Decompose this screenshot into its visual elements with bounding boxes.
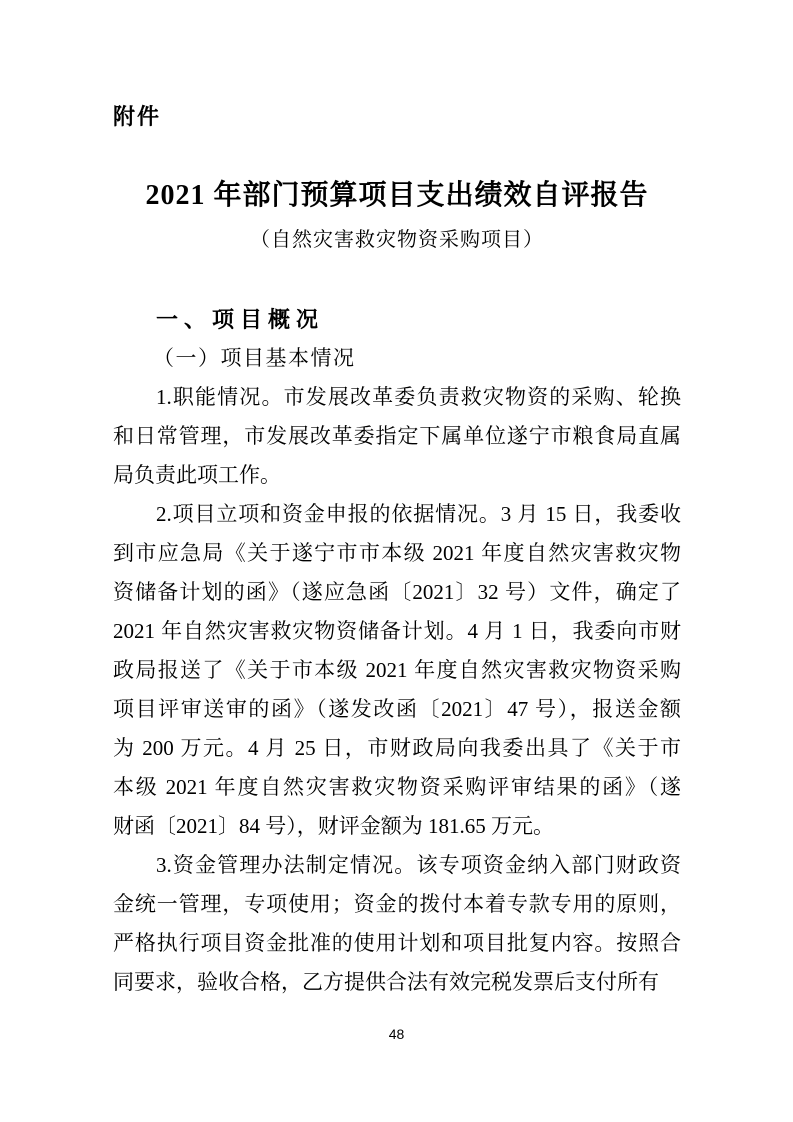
attachment-label: 附件: [113, 103, 681, 131]
page-number: 48: [0, 1026, 793, 1042]
paragraph-line: 同要求，验收合格，乙方提供合法有效完税发票后支付所有: [113, 963, 681, 1002]
section-heading-project-overview: 一、项目概况: [113, 300, 681, 339]
paragraph-line: 3.资金管理办法制定情况。该专项资金纳入部门财政资: [113, 846, 681, 885]
paragraph-line: 严格执行项目资金批准的使用计划和项目批复内容。按照合: [113, 924, 681, 963]
paragraph-line: 和日常管理，市发展改革委指定下属单位遂宁市粮食局直属: [113, 417, 681, 456]
paragraph-line: 本级 2021 年度自然灾害救灾物资采购评审结果的函》（遂: [113, 768, 681, 807]
document-body: 一、项目概况（一）项目基本情况1.职能情况。市发展改革委负责救灾物资的采购、轮换…: [113, 300, 681, 1002]
paragraph-functions: 1.职能情况。市发展改革委负责救灾物资的采购、轮换和日常管理，市发展改革委指定下…: [113, 378, 681, 495]
paragraph-line: 金统一管理，专项使用；资金的拨付本着专款专用的原则，: [113, 885, 681, 924]
paragraph-line: 到市应急局《关于遂宁市市本级 2021 年度自然灾害救灾物: [113, 534, 681, 573]
paragraph-line: 财函〔2021〕84 号），财评金额为 181.65 万元。: [113, 807, 681, 846]
paragraph-line: 局负责此项工作。: [113, 456, 681, 495]
paragraph-line: 2021 年自然灾害救灾物资储备计划。4 月 1 日，我委向市财: [113, 612, 681, 651]
paragraph-line: 项目评审送审的函》（遂发改函〔2021〕47 号），报送金额: [113, 690, 681, 729]
document-page: 附件 2021 年部门预算项目支出绩效自评报告 （自然灾害救灾物资采购项目） 一…: [0, 0, 793, 1122]
paragraph-fund-management-measures: 3.资金管理办法制定情况。该专项资金纳入部门财政资金统一管理，专项使用；资金的拨…: [113, 846, 681, 1002]
subsection-heading-project-basic-info: （一）项目基本情况: [113, 339, 681, 378]
paragraph-line: 2.项目立项和资金申报的依据情况。3 月 15 日，我委收: [113, 495, 681, 534]
document-title: 2021 年部门预算项目支出绩效自评报告: [113, 177, 681, 215]
paragraph-line: 为 200 万元。4 月 25 日，市财政局向我委出具了《关于市: [113, 729, 681, 768]
paragraph-line: 资储备计划的函》（遂应急函〔2021〕32 号）文件，确定了: [113, 573, 681, 612]
paragraph-project-approval-and-funding: 2.项目立项和资金申报的依据情况。3 月 15 日，我委收到市应急局《关于遂宁市…: [113, 495, 681, 846]
document-subtitle: （自然灾害救灾物资采购项目）: [113, 225, 681, 255]
paragraph-line: 1.职能情况。市发展改革委负责救灾物资的采购、轮换: [113, 378, 681, 417]
paragraph-line: 政局报送了《关于市本级 2021 年度自然灾害救灾物资采购: [113, 651, 681, 690]
document-text-area: 附件 2021 年部门预算项目支出绩效自评报告 （自然灾害救灾物资采购项目） 一…: [0, 103, 793, 1002]
